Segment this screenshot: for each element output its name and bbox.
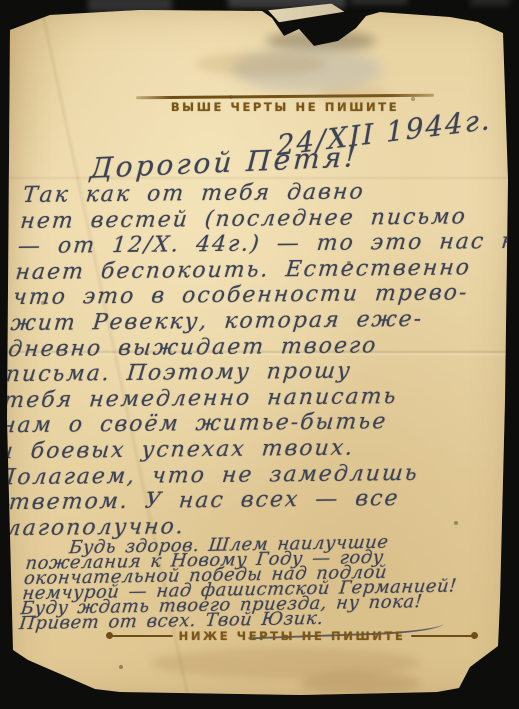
stamp-rule-line — [136, 94, 434, 99]
letter-closing: Будь здоров. Шлем наилучшиепожелания к Н… — [19, 533, 506, 632]
paper-smudge — [300, 672, 420, 694]
letter-salutation: Дорогой Петя! — [89, 140, 359, 185]
handwriting-line: Полагаем, что не замедлишь — [0, 460, 472, 491]
stamp-rule-pin — [106, 632, 113, 639]
stamp-rule-line — [411, 635, 476, 637]
background-texture-patch — [350, 0, 408, 5]
paper-smudge — [196, 52, 326, 76]
stamp-rule-pin — [471, 632, 478, 639]
stamp-bottom-label: НИЖЕ ЧЕРТЫ НЕ ПИШИТЕ — [173, 629, 412, 643]
stamp-top-label: ВЫШЕ ЧЕРТЫ НЕ ПИШИТЕ — [136, 100, 434, 114]
letter-paper: ВЫШЕ ЧЕРТЫ НЕ ПИШИТЕ 24/XII 1944г. Дорог… — [0, 0, 519, 709]
stamp-rule-line — [108, 635, 173, 637]
stamp-bottom-rule: НИЖЕ ЧЕРТЫ НЕ ПИШИТЕ — [108, 629, 476, 643]
stamp-top-rule: ВЫШЕ ЧЕРТЫ НЕ ПИШИТЕ — [136, 95, 434, 114]
handwriting-line: жит Ревекку, которая еже- — [9, 306, 486, 337]
background-texture-patch — [470, 0, 510, 6]
paper-specks — [0, 0, 2, 2]
photo-background: ВЫШЕ ЧЕРТЫ НЕ ПИШИТЕ 24/XII 1944г. Дорог… — [0, 0, 519, 709]
paper-edge-nick — [0, 498, 10, 512]
letter-body: Так как от тебя давнонет вестей (последн… — [0, 178, 499, 542]
